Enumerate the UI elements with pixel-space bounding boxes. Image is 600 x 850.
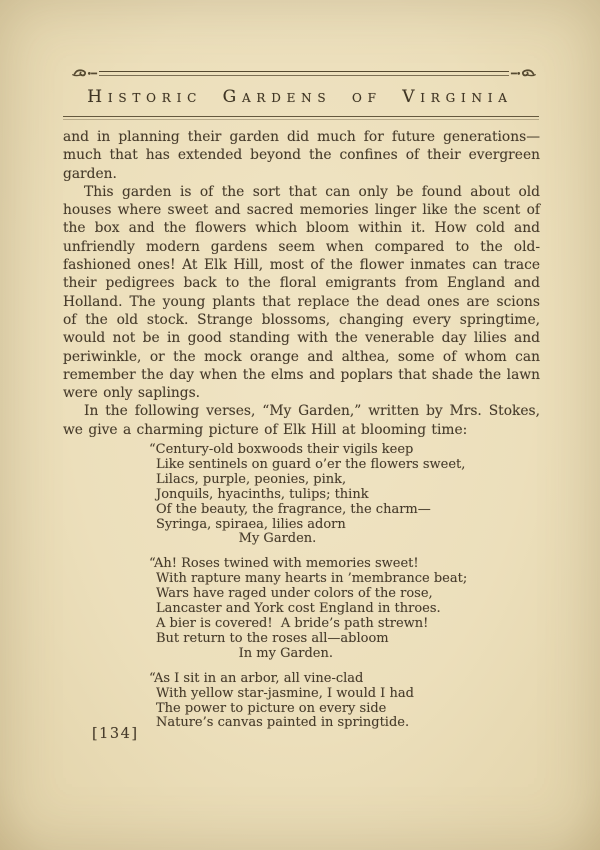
verse-stanza: “Ah! Roses twined with memories sweet!Wi… xyxy=(149,557,540,661)
running-head-title: Historic Gardens of Virginia xyxy=(0,87,600,107)
verse-line: The power to picture on every side xyxy=(149,702,540,717)
text-line: the box and the flowers which bloom with… xyxy=(63,219,540,237)
verse-line: With rapture many hearts in ’membrance b… xyxy=(149,572,540,587)
text-line: fashioned ones! At Elk Hill, most of the… xyxy=(63,256,540,274)
verse-line: Like sentinels on guard o’er the flowers… xyxy=(149,458,540,473)
text-line: In the following verses, “My Garden,” wr… xyxy=(63,402,540,420)
verse-line: A bier is covered! A bride’s path strewn… xyxy=(149,617,540,632)
verse-line: With yellow star-jasmine, I would I had xyxy=(149,687,540,702)
verse: “Century-old boxwoods their vigils keepL… xyxy=(149,443,540,731)
header-ornament-rule xyxy=(72,67,536,79)
verse-line: Jonquils, hyacinths, tulips; think xyxy=(149,488,540,503)
text-line: remember the day when the elms and popla… xyxy=(63,366,540,384)
text-line: their pedigrees back to the floral emigr… xyxy=(63,274,540,292)
book-page: Historic Gardens of Virginia and in plan… xyxy=(0,0,600,850)
text-line: and in planning their garden did much fo… xyxy=(63,128,540,146)
scroll-ornament-left-icon xyxy=(72,67,98,79)
text-column: and in planning their garden did much fo… xyxy=(63,128,540,741)
verse-line: Wars have raged under colors of the rose… xyxy=(149,587,540,602)
paragraphs: and in planning their garden did much fo… xyxy=(63,128,540,439)
verse-line: Nature’s canvas painted in springtide. xyxy=(149,716,540,731)
double-rule xyxy=(99,71,509,76)
title-underline-rule xyxy=(63,116,539,120)
text-line: would not be in good standing with the v… xyxy=(63,329,540,347)
verse-line: “As I sit in an arbor, all vine-clad xyxy=(149,672,540,687)
verse-line: Lancaster and York cost England in throe… xyxy=(149,602,540,617)
text-line: This garden is of the sort that can only… xyxy=(63,183,540,201)
text-line: periwinkle, or the mock orange and althe… xyxy=(63,348,540,366)
page-number: [134] xyxy=(92,726,139,742)
text-line: of the old stock. Strange blossoms, chan… xyxy=(63,311,540,329)
verse-line: In my Garden. xyxy=(149,647,540,662)
verse-line: But return to the roses all—abloom xyxy=(149,632,540,647)
verse-line: My Garden. xyxy=(149,532,540,547)
verse-line: “Ah! Roses twined with memories sweet! xyxy=(149,557,540,572)
text-line: unfriendly modern gardens seem when comp… xyxy=(63,238,540,256)
text-line: much that has extended beyond the confin… xyxy=(63,146,540,164)
text-line: garden. xyxy=(63,165,540,183)
verse-stanza: “As I sit in an arbor, all vine-cladWith… xyxy=(149,672,540,732)
verse-line: Lilacs, purple, peonies, pink, xyxy=(149,473,540,488)
text-line: were only saplings. xyxy=(63,384,540,402)
text-line: Holland. The young plants that replace t… xyxy=(63,293,540,311)
text-line: houses where sweet and sacred memories l… xyxy=(63,201,540,219)
verse-stanza: “Century-old boxwoods their vigils keepL… xyxy=(149,443,540,547)
verse-line: Of the beauty, the fragrance, the charm— xyxy=(149,503,540,518)
text-line: we give a charming picture of Elk Hill a… xyxy=(63,421,540,439)
verse-line: Syringa, spiraea, lilies adorn xyxy=(149,518,540,533)
scroll-ornament-right-icon xyxy=(510,67,536,79)
verse-line: “Century-old boxwoods their vigils keep xyxy=(149,443,540,458)
